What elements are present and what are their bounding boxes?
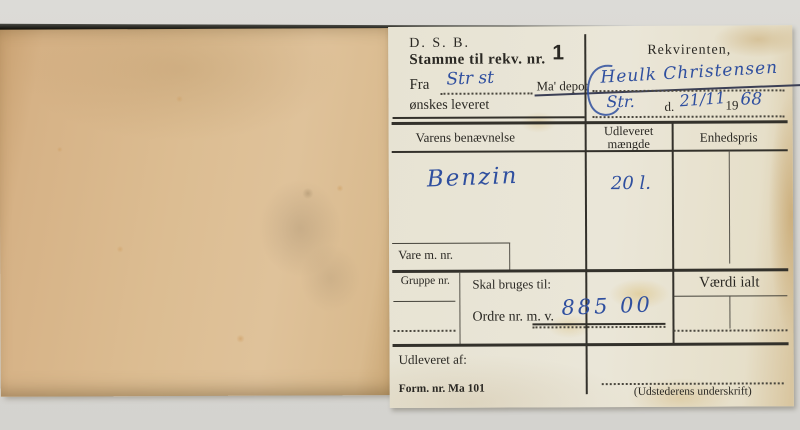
vaerdi-dotted-line bbox=[674, 329, 788, 331]
date-dotted-line bbox=[593, 115, 785, 118]
vare-box-right bbox=[509, 243, 510, 270]
scanned-booklet: D. S. B. Stamme til rekv. nr. 1 Fra Str … bbox=[0, 0, 800, 430]
col-header-price: Enhedspris bbox=[674, 129, 784, 145]
item-handwritten: Benzin bbox=[426, 163, 519, 193]
from-underline bbox=[440, 92, 532, 94]
from-label: Fra bbox=[409, 77, 429, 94]
ordre-underline-dotted bbox=[532, 326, 665, 329]
gruppe-dotted-line bbox=[394, 330, 456, 332]
col-header-qty: Udleveret mængde bbox=[588, 125, 670, 151]
vare-label: Vare m. nr. bbox=[398, 248, 453, 263]
gruppe-header-rule bbox=[393, 301, 455, 302]
qty-handwritten: 20 l. bbox=[611, 173, 651, 194]
qty-price-divider bbox=[672, 122, 675, 344]
ordre-value-handwritten: 885 00 bbox=[561, 292, 653, 320]
issued-by-label: Udleveret af: bbox=[399, 352, 467, 368]
price-ore-divider bbox=[729, 151, 730, 264]
place-handwritten: Str. bbox=[606, 92, 634, 111]
requisition-number: 1 bbox=[552, 41, 564, 65]
deliver-line: ønskes leveret bbox=[409, 98, 489, 114]
usage-bottom-rule bbox=[393, 342, 789, 347]
form-number: Form. nr. Ma 101 bbox=[399, 383, 485, 395]
gruppe-right-divider bbox=[459, 272, 460, 345]
from-station-handwritten: Str st bbox=[446, 68, 494, 90]
vaerdi-ore-divider bbox=[729, 297, 730, 329]
vaerdi-label: Værdi ialt bbox=[674, 274, 784, 291]
gruppe-label: Gruppe nr. bbox=[393, 275, 457, 287]
issuer-bottom-rule bbox=[393, 116, 585, 119]
usage-top-rule bbox=[392, 268, 788, 273]
vare-box-top bbox=[392, 243, 510, 245]
requester-label: Rekvirenten, bbox=[593, 42, 785, 59]
year-printed: 19 bbox=[725, 98, 738, 114]
requisition-form-page: D. S. B. Stamme til rekv. nr. 1 Fra Str … bbox=[388, 25, 794, 408]
org-title: D. S. B. bbox=[409, 36, 470, 52]
date-handwritten: 21/11 bbox=[679, 88, 726, 110]
issuer-signature-caption: (Udstederens underskrift) bbox=[600, 385, 786, 398]
skal-bruges-label: Skal bruges til: bbox=[472, 276, 551, 292]
blank-left-page bbox=[0, 28, 391, 397]
date-prefix: d. bbox=[664, 99, 674, 115]
col-header-item: Varens benævnelse bbox=[416, 129, 515, 145]
stub-title: Stamme til rekv. nr. bbox=[409, 51, 545, 69]
year-handwritten: 68 bbox=[740, 89, 762, 109]
